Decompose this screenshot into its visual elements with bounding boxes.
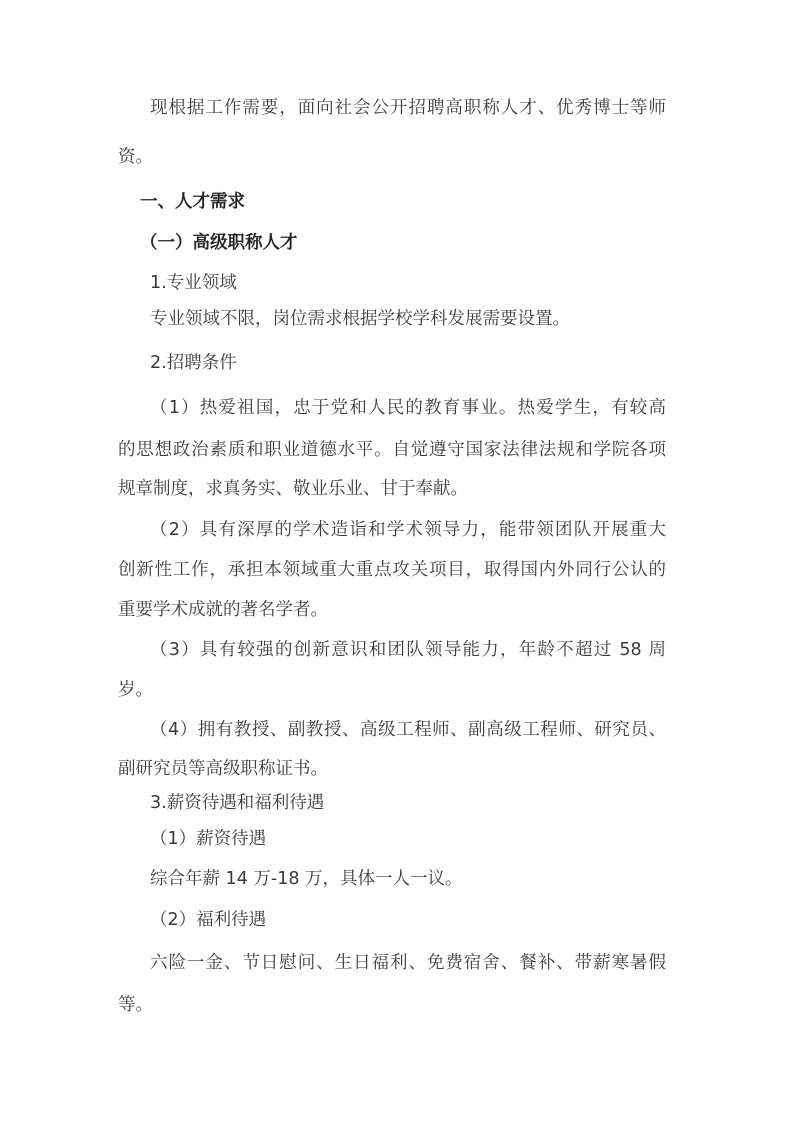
- subsection-heading: （一）高级职称人才: [140, 232, 298, 254]
- item1-body: 专业领域不限，岗位需求根据学校学科发展需要设置。: [150, 308, 570, 330]
- condition2-line2: 创新性工作，承担本领域重大重点攻关项目，取得国内外同行公认的: [118, 559, 666, 581]
- item2-title: 2.招聘条件: [150, 352, 237, 374]
- condition3-line1: （3）具有较强的创新意识和团队领导能力，年龄不超过 58 周: [150, 639, 666, 661]
- condition2-line1: （2）具有深厚的学术造诣和学术领导力，能带领团队开展重大: [150, 519, 666, 541]
- salary-title: （1）薪资待遇: [150, 828, 266, 850]
- condition4-line2: 副研究员等高级职称证书。: [118, 758, 328, 780]
- section-heading: 一、人才需求: [140, 191, 245, 213]
- welfare-body-line1: 六险一金、节日慰问、生日福利、免费宿舍、餐补、带薪寒暑假: [150, 952, 666, 974]
- item3-title: 3.薪资待遇和福利待遇: [150, 792, 324, 814]
- condition1-line2: 的思想政治素质和职业道德水平。自觉遵守国家法律法规和学院各项: [118, 439, 666, 461]
- condition1-line3: 规章制度，求真务实、敬业乐业、甘于奉献。: [118, 478, 468, 500]
- welfare-body-line2: 等。: [118, 994, 153, 1016]
- condition3-line2: 岁。: [118, 679, 153, 701]
- condition2-line3: 重要学术成就的著名学者。: [118, 599, 328, 621]
- intro-paragraph-line1: 现根据工作需要，面向社会公开招聘高职称人才、优秀博士等师: [150, 97, 666, 119]
- condition4-line1: （4）拥有教授、副教授、高级工程师、副高级工程师、研究员、: [150, 719, 666, 741]
- salary-body: 综合年薪 14 万-18 万，具体一人一议。: [150, 868, 463, 890]
- condition1-line1: （1）热爱祖国，忠于党和人民的教育事业。热爱学生，有较高: [150, 397, 666, 419]
- welfare-title: （2）福利待遇: [150, 909, 266, 931]
- intro-paragraph-line2: 资。: [118, 146, 153, 168]
- item1-title: 1.专业领域: [150, 272, 237, 294]
